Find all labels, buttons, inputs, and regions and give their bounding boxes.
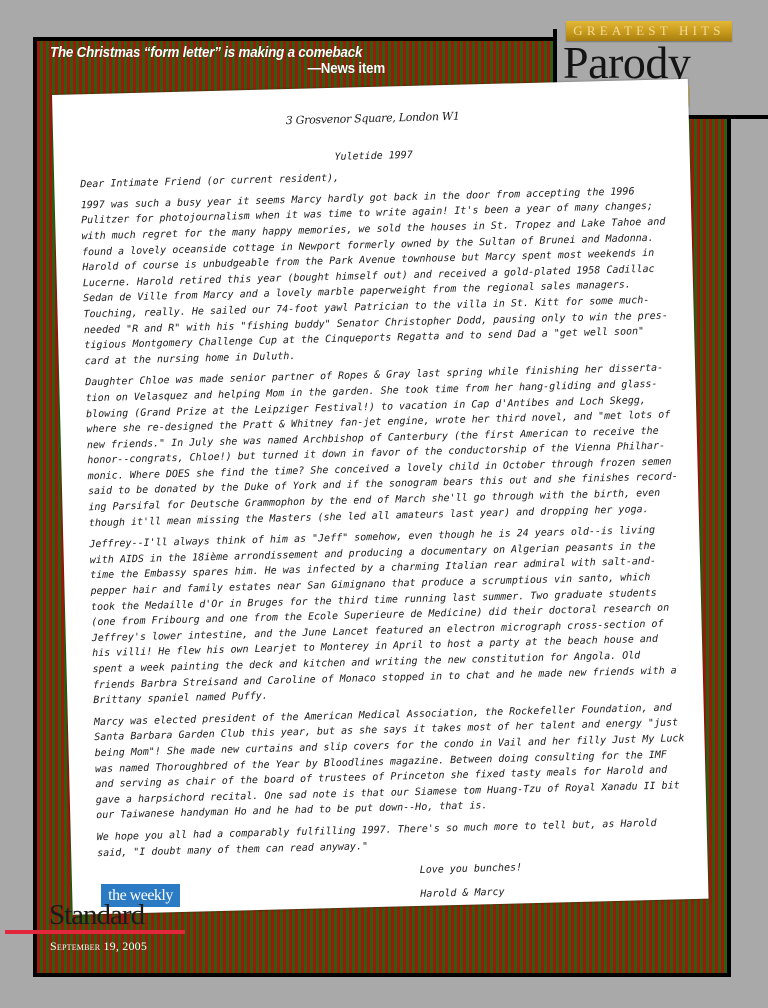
letter-paragraph: We hope you all had a comparably fulfill… xyxy=(97,815,686,861)
letter-paragraph: Daughter Chloe was made senior partner o… xyxy=(85,361,677,532)
letter-paragraph: Jeffrey--I'll always think of him as "Je… xyxy=(89,523,681,709)
headline-quote: The Christmas “form letter” is making a … xyxy=(50,45,385,77)
letter-paragraph: Marcy was elected president of the Ameri… xyxy=(94,700,685,824)
letter-paragraphs: 1997 was such a busy year it seems Marcy… xyxy=(81,183,686,861)
letter-address: 3 Grosvenor Square, London W1 xyxy=(79,103,667,133)
form-letter-page: 3 Grosvenor Square, London W1 Yuletide 1… xyxy=(52,79,709,915)
issue-date: September 19, 2005 xyxy=(50,939,147,954)
headline-attribution: —News item xyxy=(50,61,385,77)
headline-text: The Christmas “form letter” is making a … xyxy=(50,45,362,61)
letter-body: 3 Grosvenor Square, London W1 Yuletide 1… xyxy=(79,103,687,910)
letter-paragraph: 1997 was such a busy year it seems Marcy… xyxy=(81,183,673,369)
weekly-standard-logo: the weekly Standard xyxy=(49,882,184,938)
masthead-standard: Standard xyxy=(49,900,144,930)
